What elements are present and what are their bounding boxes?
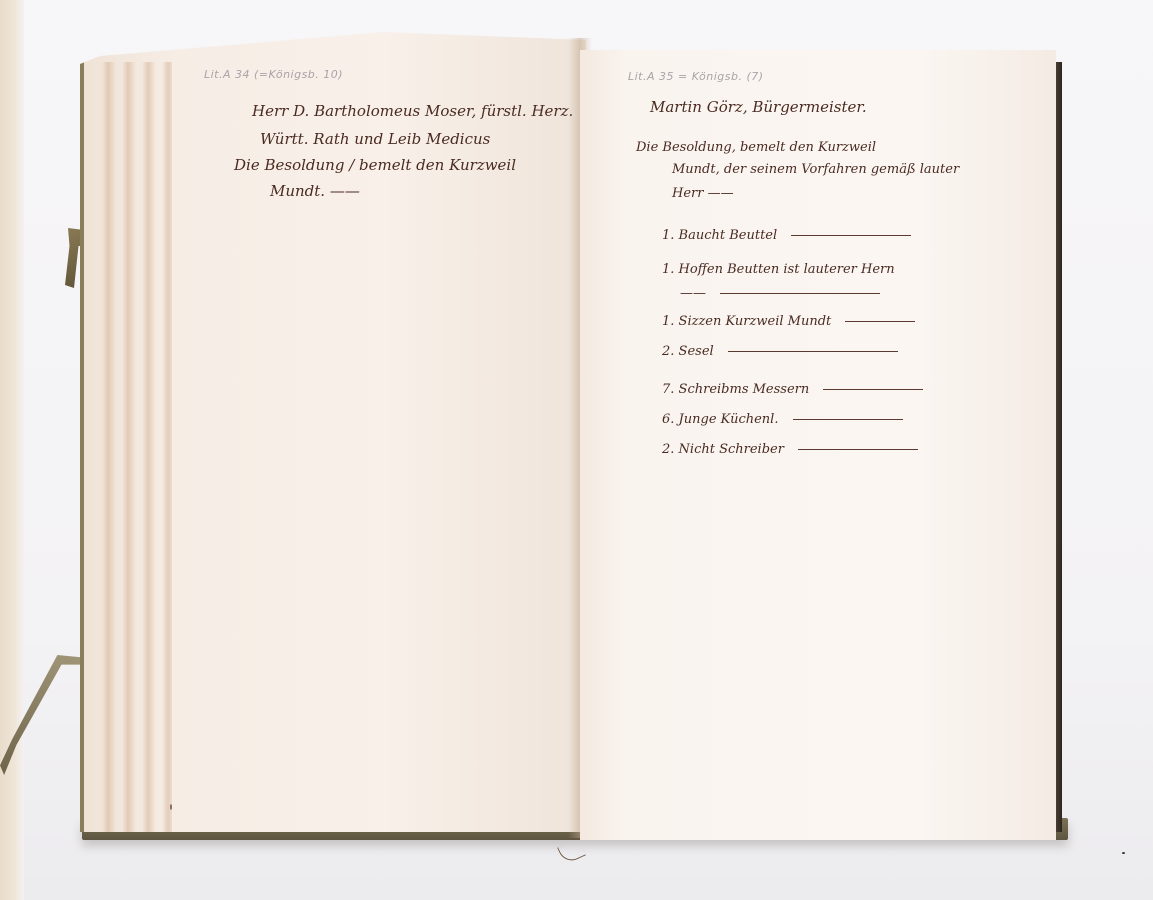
body-line-3: Herr —— bbox=[672, 186, 734, 201]
item-text: Sizzen Kurzweil Mundt bbox=[679, 314, 832, 329]
right-page: Lit.A 35 = Königsb. (7) Martin Görz, Bür… bbox=[580, 50, 1056, 840]
body-line-2: Mundt. —— bbox=[270, 182, 360, 200]
fold-stains bbox=[102, 62, 172, 832]
item-text: Junge Küchenl. bbox=[679, 412, 779, 427]
heading-line-1: Herr D. Bartholomeus Moser, fürstl. Herz… bbox=[252, 102, 573, 120]
item-qty: 2. bbox=[662, 442, 674, 457]
list-item: 2. Nicht Schreiber bbox=[662, 442, 918, 457]
item-qty: 1. bbox=[662, 228, 674, 243]
fill-line bbox=[791, 235, 911, 236]
left-page: Lit.A 34 (=Königsb. 10) Herr D. Bartholo… bbox=[80, 32, 586, 832]
item-text: Hoffen Beutten ist lauterer Hern bbox=[679, 262, 895, 277]
fill-line bbox=[793, 419, 903, 420]
list-item: —— bbox=[680, 286, 880, 301]
open-manuscript-book: Lit.A 34 (=Königsb. 10) Herr D. Bartholo… bbox=[80, 28, 1072, 858]
list-item: 2. Sesel bbox=[662, 344, 898, 359]
fill-line bbox=[720, 293, 880, 294]
list-item: 1. Sizzen Kurzweil Mundt bbox=[662, 314, 915, 329]
pencil-archive-note: Lit.A 35 = Königsb. (7) bbox=[628, 70, 764, 83]
body-line-1: Die Besoldung, bemelt den Kurzweil bbox=[636, 140, 876, 155]
fill-line bbox=[798, 449, 918, 450]
item-text: Nicht Schreiber bbox=[679, 442, 784, 457]
list-item: 1. Baucht Beuttel bbox=[662, 228, 911, 243]
body-line-1: Die Besoldung / bemelt den Kurzweil bbox=[234, 156, 516, 174]
pencil-archive-note: Lit.A 34 (=Königsb. 10) bbox=[204, 68, 343, 81]
dust-speck bbox=[1122, 852, 1125, 854]
item-text: Baucht Beuttel bbox=[679, 228, 778, 243]
paper-speck bbox=[170, 804, 172, 810]
item-qty: 1. bbox=[662, 314, 674, 329]
item-text: —— bbox=[680, 286, 706, 301]
item-qty: 7. bbox=[662, 382, 674, 397]
list-item: 1. Hoffen Beutten ist lauterer Hern bbox=[662, 262, 895, 277]
heading: Martin Görz, Bürgermeister. bbox=[650, 98, 867, 116]
item-qty: 1. bbox=[662, 262, 674, 277]
item-text: Schreibms Messern bbox=[679, 382, 810, 397]
fill-line bbox=[823, 389, 923, 390]
body-line-2: Mundt, der seinem Vorfahren gemäß lauter bbox=[672, 162, 959, 177]
item-qty: 2. bbox=[662, 344, 674, 359]
heading-line-2: Württ. Rath und Leib Medicus bbox=[260, 130, 490, 148]
fill-line bbox=[845, 321, 915, 322]
list-item: 7. Schreibms Messern bbox=[662, 382, 923, 397]
list-item: 6. Junge Küchenl. bbox=[662, 412, 903, 427]
item-text: Sesel bbox=[679, 344, 714, 359]
fill-line bbox=[728, 351, 898, 352]
item-qty: 6. bbox=[662, 412, 674, 427]
